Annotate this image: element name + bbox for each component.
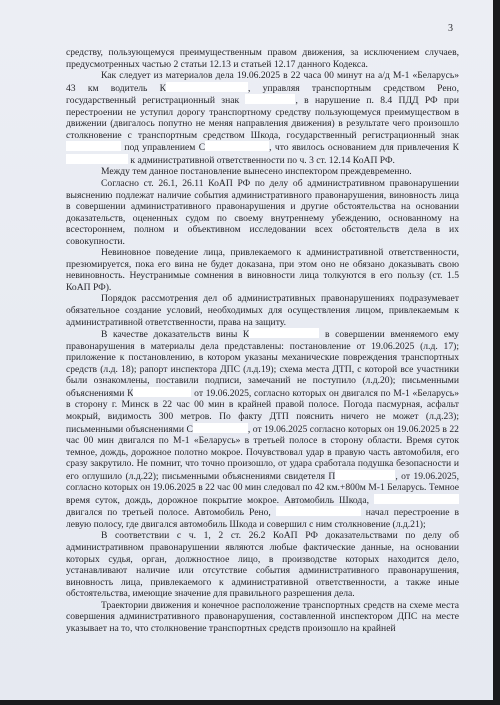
paragraph-text: Между тем данное постановление вынесено … xyxy=(101,166,412,177)
paragraph-text: двигался по третьей полосе. Автомобиль Р… xyxy=(66,507,276,518)
redaction-box xyxy=(249,328,319,338)
paragraph-text: В качестве доказательств вины К xyxy=(101,329,249,340)
paragraph: Порядок рассмотрения дел об администрати… xyxy=(66,293,459,328)
redaction-box xyxy=(335,470,395,480)
redaction-box xyxy=(374,494,459,504)
page-number: 3 xyxy=(448,23,453,34)
redaction-box xyxy=(245,94,295,104)
document-page: 3 средству, пользующемуся преимущественн… xyxy=(0,0,493,700)
paragraph: В качестве доказательств вины К в соверш… xyxy=(66,328,459,530)
paragraph: Невиновное поведение лица, привлекаемого… xyxy=(66,247,459,293)
paragraph-text: Согласно ст. 26.1, 26.11 КоАП РФ по делу… xyxy=(66,178,459,247)
redaction-box xyxy=(66,154,128,164)
paragraph-text: Порядок рассмотрения дел об администрати… xyxy=(66,293,459,327)
redaction-box xyxy=(133,387,191,397)
redaction-box xyxy=(166,82,248,92)
paragraph: Как следует из материалов дела 19.06.202… xyxy=(66,70,459,166)
paragraph: Между тем данное постановление вынесено … xyxy=(66,166,459,178)
paragraph-text: средству, пользующемуся преимущественным… xyxy=(66,47,459,70)
redaction-box xyxy=(276,506,361,516)
paragraph: Траектории движения и конечное расположе… xyxy=(66,600,459,635)
paragraph-text: В соответствии с ч. 1, 2 ст. 26.2 КоАП Р… xyxy=(66,530,459,599)
paragraph: средству, пользующемуся преимущественным… xyxy=(66,47,459,70)
paragraph-text: Траектории движения и конечное расположе… xyxy=(66,600,459,634)
redaction-box xyxy=(193,423,248,433)
paragraph: В соответствии с ч. 1, 2 ст. 26.2 КоАП Р… xyxy=(66,530,459,599)
paragraph: Согласно ст. 26.1, 26.11 КоАП РФ по делу… xyxy=(66,178,459,247)
document-body: средству, пользующемуся преимущественным… xyxy=(66,47,459,634)
redaction-box xyxy=(66,141,121,151)
paragraph-text: Невиновное поведение лица, привлекаемого… xyxy=(66,247,459,293)
paragraph-text: к административной ответственности по ч.… xyxy=(128,155,395,166)
paragraph-text: , что явилось основанием для привлечения… xyxy=(269,142,459,153)
redaction-box xyxy=(205,141,269,151)
paragraph-text: под управлением С xyxy=(121,142,205,153)
